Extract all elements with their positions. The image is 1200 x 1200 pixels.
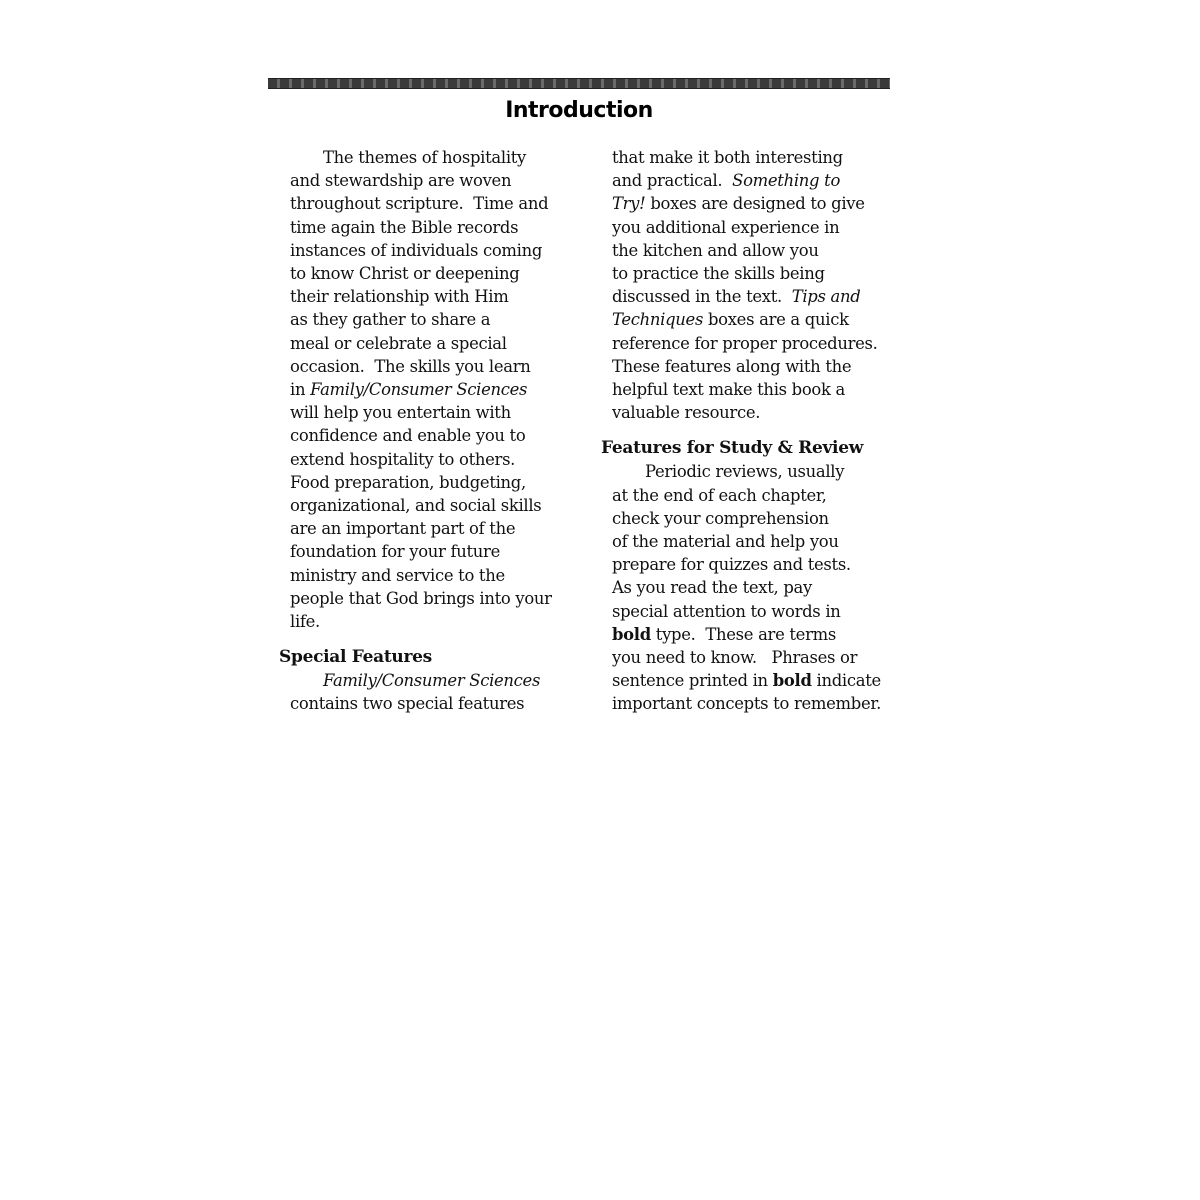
text-line: you need to know. Phrases or: [612, 646, 892, 669]
book-title-italic: Family/Consumer Sciences: [310, 380, 527, 399]
text-line: valuable resource.: [612, 401, 892, 424]
text-line: at the end of each chapter,: [612, 484, 892, 507]
text-line: Family/Consumer Sciences: [290, 669, 580, 692]
text-line: in Family/Consumer Sciences: [290, 378, 580, 401]
text-line: throughout scripture. Time and: [290, 192, 580, 215]
book-title-italic: Family/Consumer Sciences: [323, 671, 540, 690]
text-line: that make it both interesting: [612, 146, 892, 169]
text-line: of the material and help you: [612, 530, 892, 553]
special-features-paragraph: Family/Consumer Sciences contains two sp…: [290, 669, 580, 715]
text-line: check your comprehension: [612, 507, 892, 530]
text-line: Try! boxes are designed to give: [612, 192, 892, 215]
text-line: ministry and service to the: [290, 564, 580, 587]
text-line: contains two special features: [290, 692, 580, 715]
text-line: Techniques boxes are a quick: [612, 308, 892, 331]
page-title: Introduction: [268, 98, 890, 123]
text-line: The themes of hospitality: [290, 146, 580, 169]
bold-word: bold: [773, 671, 812, 690]
left-column: The themes of hospitality and stewardshi…: [290, 146, 580, 716]
text-fragment: boxes are designed to give: [645, 194, 864, 213]
text-line: life.: [290, 610, 580, 633]
text-line: Food preparation, budgeting,: [290, 471, 580, 494]
text-line: confidence and enable you to: [290, 424, 580, 447]
text-line: are an important part of the: [290, 517, 580, 540]
text-line: Periodic reviews, usually: [612, 460, 892, 483]
text-fragment: type. These are terms: [651, 625, 836, 644]
text-fragment: boxes are a quick: [703, 310, 849, 329]
text-line: discussed in the text. Tips and: [612, 285, 892, 308]
bold-word: bold: [612, 625, 651, 644]
text-line: instances of individuals coming: [290, 239, 580, 262]
text-line: people that God brings into your: [290, 587, 580, 610]
decorative-header-rule: [268, 78, 890, 89]
right-column: that make it both interesting and practi…: [612, 146, 892, 716]
text-line: the kitchen and allow you: [612, 239, 892, 262]
text-line: extend hospitality to others.: [290, 448, 580, 471]
text-fragment: sentence printed in: [612, 671, 773, 690]
text-line: These features along with the: [612, 355, 892, 378]
text-line: important concepts to remember.: [612, 692, 892, 715]
text-line: and stewardship are woven: [290, 169, 580, 192]
feature-name-italic: Try!: [612, 194, 645, 213]
text-fragment: discussed in the text.: [612, 287, 792, 306]
text-line: sentence printed in bold indicate: [612, 669, 892, 692]
feature-name-italic: Techniques: [612, 310, 703, 329]
text-line: bold type. These are terms: [612, 623, 892, 646]
special-features-continued: that make it both interesting and practi…: [612, 146, 892, 424]
text-line: organizational, and social skills: [290, 494, 580, 517]
section-heading-study-review: Features for Study & Review: [601, 437, 892, 460]
text-fragment: in: [290, 380, 310, 399]
text-line: you additional experience in: [612, 216, 892, 239]
study-review-paragraph: Periodic reviews, usually at the end of …: [612, 460, 892, 715]
text-line: and practical. Something to: [612, 169, 892, 192]
feature-name-italic: Tips and: [792, 287, 861, 306]
text-line: time again the Bible records: [290, 216, 580, 239]
text-line: reference for proper procedures.: [612, 332, 892, 355]
section-heading-special-features: Special Features: [279, 646, 580, 669]
text-line: occasion. The skills you learn: [290, 355, 580, 378]
feature-name-italic: Something to: [732, 171, 840, 190]
text-line: helpful text make this book a: [612, 378, 892, 401]
text-line: to practice the skills being: [612, 262, 892, 285]
intro-paragraph: The themes of hospitality and stewardshi…: [290, 146, 580, 633]
text-fragment: and practical.: [612, 171, 732, 190]
text-fragment: indicate: [812, 671, 881, 690]
text-line: prepare for quizzes and tests.: [612, 553, 892, 576]
text-line: their relationship with Him: [290, 285, 580, 308]
text-line: foundation for your future: [290, 540, 580, 563]
text-line: meal or celebrate a special: [290, 332, 580, 355]
text-line: will help you entertain with: [290, 401, 580, 424]
text-line: As you read the text, pay: [612, 576, 892, 599]
text-line: special attention to words in: [612, 600, 892, 623]
text-line: to know Christ or deepening: [290, 262, 580, 285]
text-line: as they gather to share a: [290, 308, 580, 331]
